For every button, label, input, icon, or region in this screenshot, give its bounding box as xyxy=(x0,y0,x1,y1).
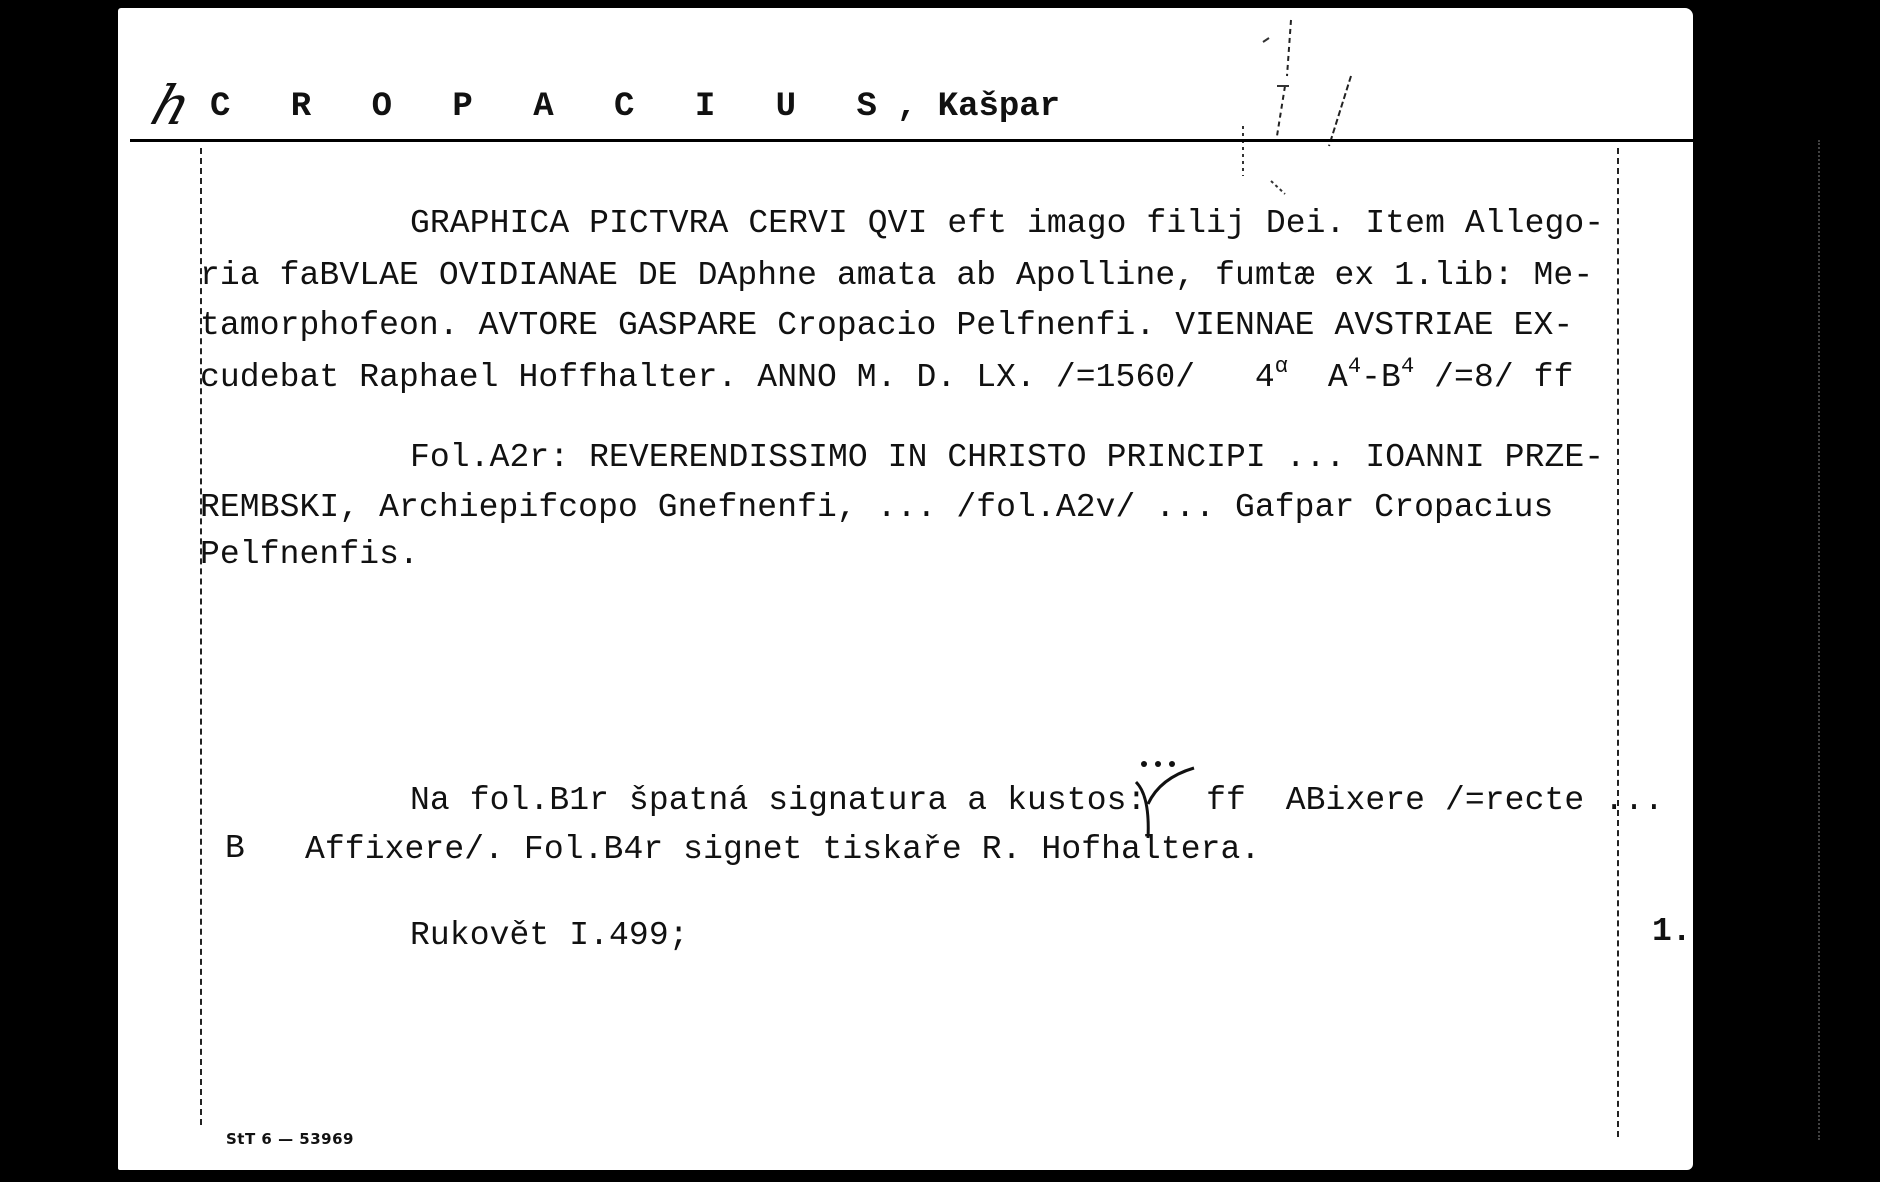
pencil-annotation-icon xyxy=(1233,16,1363,196)
title-line: GRAPHICA PICTVRA CERVI QVI eft imago fil… xyxy=(200,204,1604,244)
card-number: 1. xyxy=(1652,913,1692,950)
format-sup: α xyxy=(1275,354,1288,379)
header-rule xyxy=(130,139,1693,142)
collation-a: A xyxy=(1328,359,1348,396)
handwritten-mark: h xyxy=(144,74,195,137)
reference: Rukovět I.499; xyxy=(200,916,689,956)
title-line: ria faBVLAE OVIDIANAE DE DAphne amata ab… xyxy=(200,256,1593,296)
right-margin-line xyxy=(1617,148,1619,1137)
title-line: tamorphofeon. AVTORE GASPARE Cropacio Pe… xyxy=(200,306,1573,346)
imprint-line: cudebat Raphael Hoffhalter. ANNO M. D. L… xyxy=(200,358,1573,398)
note-line: Affixere/. Fol.B4r signet tiskaře R. Hof… xyxy=(305,830,1260,870)
note-line: Na fol.B1r špatná signatura a kustos: ff… xyxy=(200,781,1664,821)
card-footer-code: StT 6 — 53969 xyxy=(226,1130,354,1148)
format: 4 xyxy=(1255,359,1275,396)
collation-sep: -B xyxy=(1361,359,1401,396)
dedication-line: Pelfnenfis. xyxy=(200,535,419,575)
catalog-card: h C R O P A C I U S, Kašpar GRAPHICA PIC… xyxy=(118,8,1693,1170)
collation-b-sup: 4 xyxy=(1401,354,1414,379)
author-surname: C R O P A C I U S xyxy=(210,88,897,126)
scanner-artifact xyxy=(1818,140,1822,1140)
author-forename: , Kašpar xyxy=(897,88,1060,126)
handwritten-caret-icon xyxy=(1130,760,1210,840)
margin-marker: B xyxy=(225,830,245,867)
imprint-text: cudebat Raphael Hoffhalter. ANNO M. D. L… xyxy=(200,359,1255,396)
dedication-line: Fol.A2r: REVERENDISSIMO IN CHRISTO PRINC… xyxy=(200,438,1604,478)
dedication-line: REMBSKI, Archiepifcopo Gnefnenfi, ... /f… xyxy=(200,488,1553,528)
leaves: /=8/ ff xyxy=(1414,359,1573,396)
collation-a-sup: 4 xyxy=(1348,354,1361,379)
card-heading: C R O P A C I U S, Kašpar xyxy=(210,88,1060,126)
